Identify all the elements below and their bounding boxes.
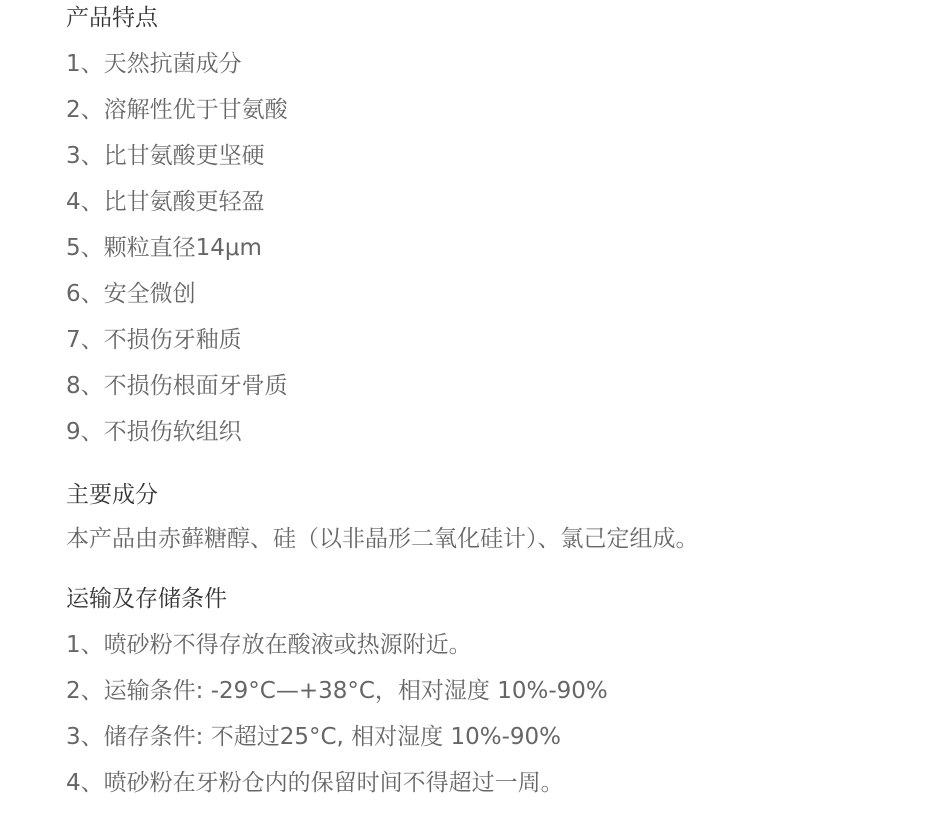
- feature-item: 5、颗粒直径14μm: [66, 233, 288, 263]
- feature-item: 7、不损伤牙釉质: [66, 325, 288, 355]
- feature-item: 3、比甘氨酸更坚硬: [66, 141, 288, 171]
- ingredients-section: 主要成分 本产品由赤藓糖醇、硅（以非晶形二氧化硅计）、氯己定组成。: [66, 480, 699, 568]
- feature-item: 6、安全微创: [66, 279, 288, 309]
- storage-item: 1、喷砂粉不得存放在酸液或热源附近。: [66, 630, 608, 660]
- storage-item: 3、储存条件: 不超过25°C, 相对湿度 10%-90%: [66, 722, 608, 752]
- feature-item: 8、不损伤根面牙骨质: [66, 371, 288, 401]
- feature-item: 1、天然抗菌成分: [66, 49, 288, 79]
- ingredients-title: 主要成分: [66, 480, 699, 510]
- features-section: 产品特点 1、天然抗菌成分 2、溶解性优于甘氨酸 3、比甘氨酸更坚硬 4、比甘氨…: [66, 3, 288, 463]
- storage-item: 2、运输条件: -29°C—+38°C，相对湿度 10%-90%: [66, 676, 608, 706]
- feature-item: 2、溶解性优于甘氨酸: [66, 95, 288, 125]
- feature-item: 9、不损伤软组织: [66, 417, 288, 447]
- storage-title: 运输及存储条件: [66, 584, 608, 614]
- ingredients-text: 本产品由赤藓糖醇、硅（以非晶形二氧化硅计）、氯己定组成。: [66, 524, 699, 554]
- feature-item: 4、比甘氨酸更轻盈: [66, 187, 288, 217]
- storage-section: 运输及存储条件 1、喷砂粉不得存放在酸液或热源附近。 2、运输条件: -29°C…: [66, 584, 608, 814]
- storage-item: 4、喷砂粉在牙粉仓内的保留时间不得超过一周。: [66, 768, 608, 798]
- features-title: 产品特点: [66, 3, 288, 33]
